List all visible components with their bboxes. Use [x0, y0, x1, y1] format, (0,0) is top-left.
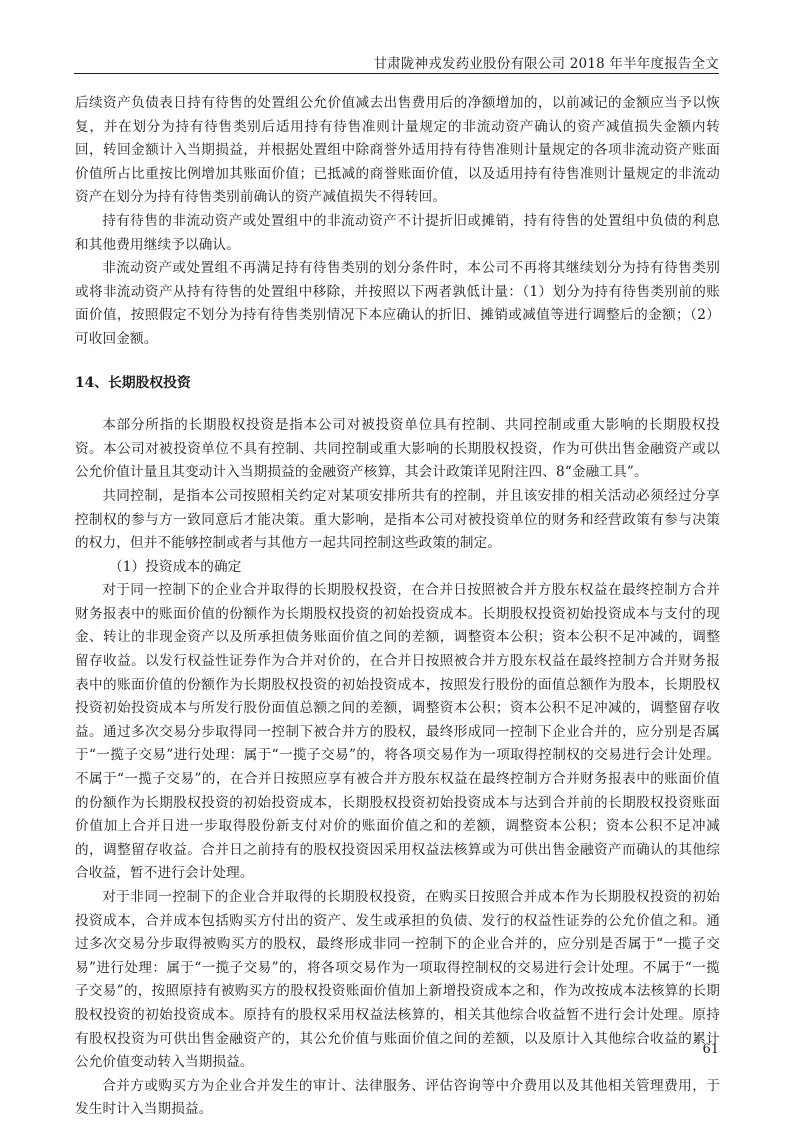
page-header: 甘肃陇神戎发药业股份有限公司 2018 年半年度报告全文 [74, 50, 719, 74]
paragraph-same-control-merger: 对于同一控制下的企业合并取得的长期股权投资，在合并日按照被合并方股东权益在最终控… [75, 579, 720, 886]
paragraph-definition: 本部分所指的长期股权投资是指本公司对被投资单位具有控制、共同控制或重大影响的长期… [75, 414, 720, 485]
report-title: 甘肃陇神戎发药业股份有限公司 2018 年半年度报告全文 [373, 52, 719, 72]
paragraph-non-same-control-merger: 对于非同一控制下的企业合并取得的长期股权投资，在购买日按照合并成本作为长期股权投… [75, 886, 720, 1075]
subsection-heading: （1）投资成本的确定 [75, 556, 720, 580]
paragraph-reclassification: 非流动资产或处置组不再满足持有待售类别的划分条件时，本公司不再将其继续划分为持有… [75, 257, 720, 351]
page-number: 61 [702, 1042, 719, 1057]
paragraph-merger-expenses: 合并方或购买方为企业合并发生的审计、法律服务、评估咨询等中介费用以及其他相关管理… [75, 1075, 720, 1122]
paragraph-impairment-reversal: 后续资产负债表日持有待售的处置组公允价值减去出售费用后的净额增加的，以前减记的金… [75, 92, 720, 210]
section-heading: 14、长期股权投资 [75, 372, 720, 396]
page-content: 后续资产负债表日持有待售的处置组公允价值减去出售费用后的净额增加的，以前减记的金… [75, 92, 720, 1122]
paragraph-joint-control: 共同控制，是指本公司按照相关约定对某项安排所共有的控制，并且该安排的相关活动必须… [75, 485, 720, 556]
paragraph-no-depreciation: 持有待售的非流动资产或处置组中的非流动资产不计提折旧或摊销，持有待售的处置组中负… [75, 210, 720, 257]
